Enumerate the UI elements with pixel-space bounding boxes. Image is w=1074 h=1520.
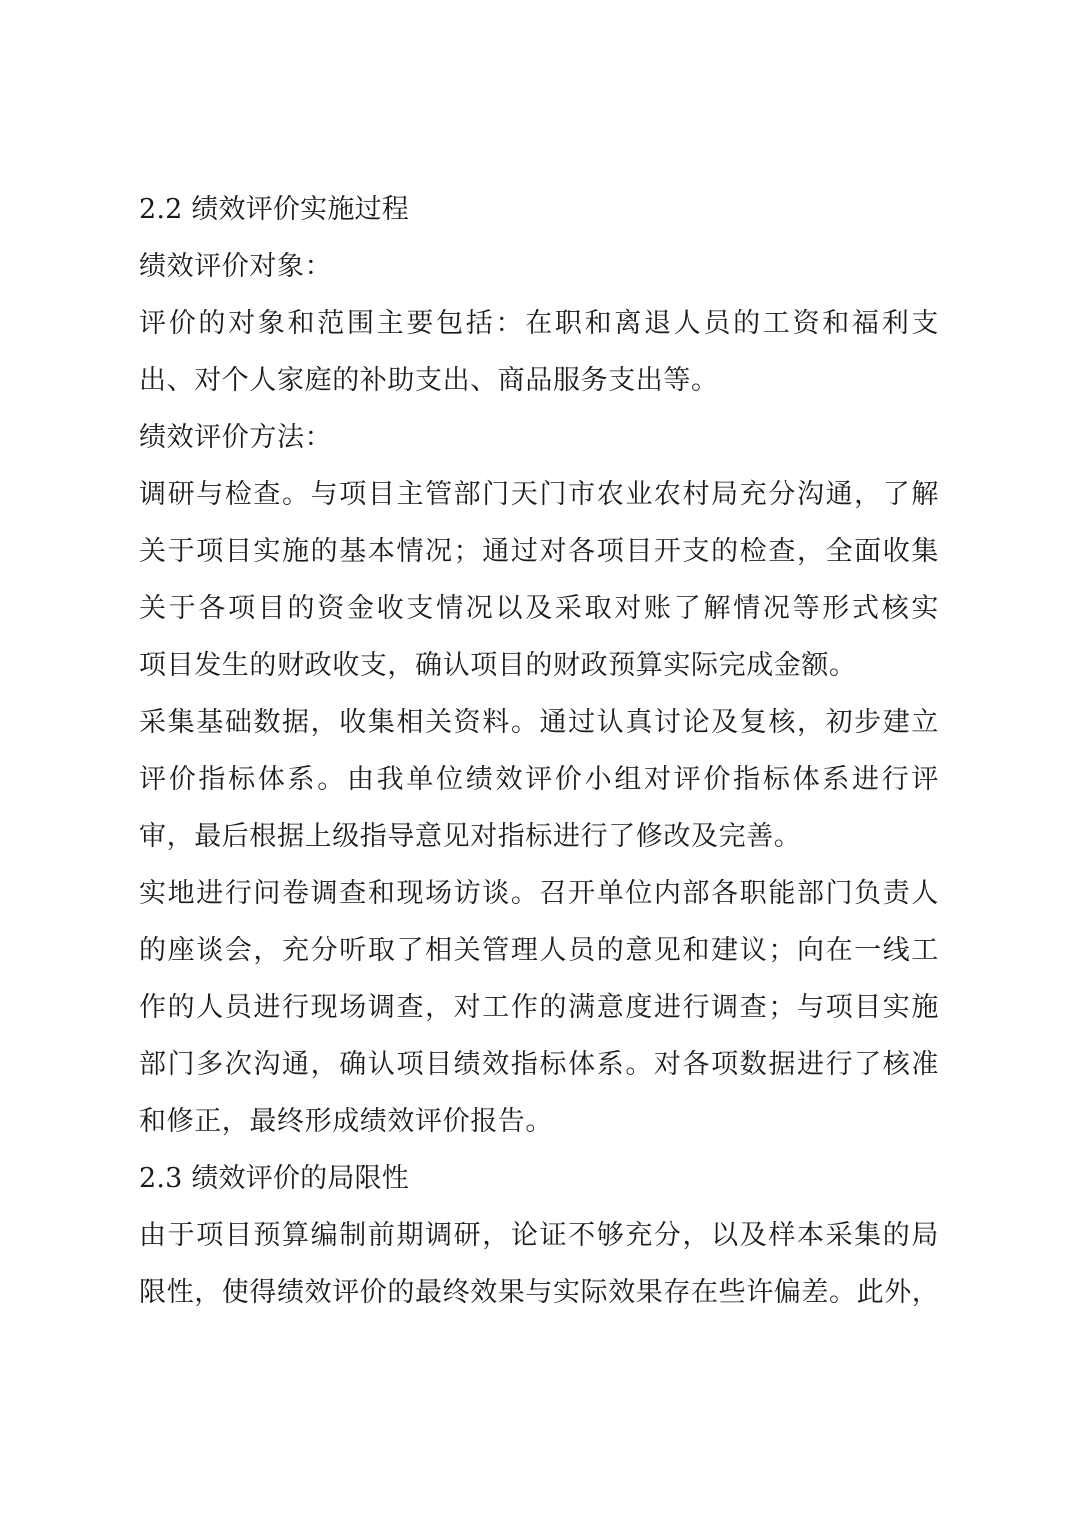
subsection-label-evaluation-method: 绩效评价方法：	[139, 418, 939, 458]
section-heading-2-3: 2.3 绩效评价的局限性	[139, 1159, 939, 1199]
paragraph-line: 项目发生的财政收支，确认项目的财政预算实际完成金额。	[139, 646, 939, 686]
paragraph-line: 部门多次沟通，确认项目绩效指标体系。对各项数据进行了核准	[139, 1045, 939, 1085]
paragraph-line: 评价的对象和范围主要包括：在职和离退人员的工资和福利支	[139, 304, 939, 344]
paragraph-line: 出、对个人家庭的补助支出、商品服务支出等。	[139, 361, 939, 401]
paragraph-line: 和修正，最终形成绩效评价报告。	[139, 1102, 939, 1142]
paragraph-line: 采集基础数据，收集相关资料。通过认真讨论及复核，初步建立	[139, 703, 939, 743]
paragraph-line: 关于项目实施的基本情况；通过对各项目开支的检查，全面收集	[139, 532, 939, 572]
paragraph-line: 限性，使得绩效评价的最终效果与实际效果存在些许偏差。此外，	[139, 1273, 939, 1313]
paragraph-line: 实地进行问卷调查和现场访谈。召开单位内部各职能部门负责人	[139, 874, 939, 914]
paragraph-line: 关于各项目的资金收支情况以及采取对账了解情况等形式核实	[139, 589, 939, 629]
subsection-label-evaluation-object: 绩效评价对象：	[139, 247, 939, 287]
paragraph-line: 作的人员进行现场调查，对工作的满意度进行调查；与项目实施	[139, 988, 939, 1028]
paragraph-line: 评价指标体系。由我单位绩效评价小组对评价指标体系进行评	[139, 760, 939, 800]
paragraph-line: 由于项目预算编制前期调研，论证不够充分，以及样本采集的局	[139, 1216, 939, 1256]
paragraph-line: 调研与检查。与项目主管部门天门市农业农村局充分沟通，了解	[139, 475, 939, 515]
paragraph-line: 审，最后根据上级指导意见对指标进行了修改及完善。	[139, 817, 939, 857]
document-page: 2.2 绩效评价实施过程 绩效评价对象： 评价的对象和范围主要包括：在职和离退人…	[0, 0, 1074, 1520]
section-heading-2-2: 2.2 绩效评价实施过程	[139, 190, 939, 230]
paragraph-line: 的座谈会，充分听取了相关管理人员的意见和建议；向在一线工	[139, 931, 939, 971]
